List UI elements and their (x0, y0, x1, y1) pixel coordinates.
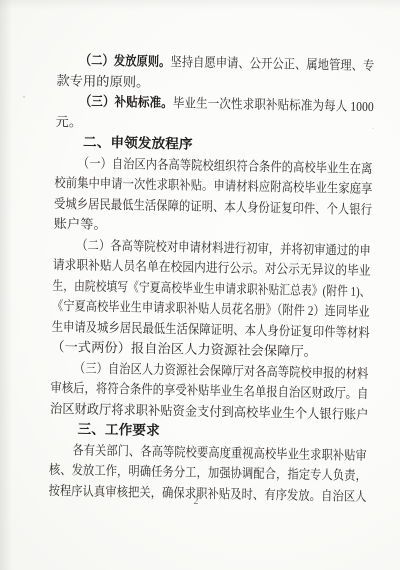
text-run: 款专用的原则。 (56, 72, 149, 89)
text-run: 校前集中申请一次性求职补贴。申请材料应附高校毕业生家庭享 (54, 175, 372, 196)
text-run: 请求职补贴人员名单在校园内进行公示。对公示无异议的毕业 (53, 257, 371, 278)
text-run: 元。 (55, 113, 82, 129)
text-line: 按程序认真审核把关，确保求职补贴及时、有序发放。自治区人 (48, 480, 320, 506)
text-run: 三、工作要求 (77, 421, 159, 438)
text-run: （三）自治区人力资源社会保障厅对各高等院校申报的材料 (74, 360, 369, 381)
text-run: 各有关部门、各高等院校要高度重视高校毕业生求职补贴审 (72, 442, 367, 463)
text-run: 二、申领发放程序 (83, 135, 193, 152)
text-run: （二）发放原则。 (80, 52, 171, 69)
text-run: 《宁夏高校毕业生申请求职补贴人员花名册》（附件 2）连同毕业 (52, 298, 370, 319)
text-run: 账户等。 (54, 216, 107, 232)
scanned-document-page: （二）发放原则。坚持自愿申请、公开公正、属地管理、专款专用的原则。（三）补贴标准… (0, 0, 400, 570)
scan-edge-shadow-left (0, 0, 12, 570)
text-run: 治区财政厅将求职补贴资金支付到高校毕业生个人银行账户 (50, 400, 369, 421)
text-run: （一）自治区内各高等院校组织符合条件的高校毕业生在离 (78, 155, 373, 176)
text-run: （二）各高等院校对申请材料进行初审，并将初审通过的申 (76, 237, 371, 258)
text-run: 按程序认真审核把关，确保求职补贴及时、有序发放。自治区人 (48, 482, 366, 503)
text-run: 坚持自愿申请、公开公正、属地管理、专 (170, 54, 374, 73)
page-number: 2 (186, 496, 206, 507)
text-run: 审核后，将符合条件的享受补贴毕业生名单报自治区财政厅。自 (50, 380, 368, 401)
text-run: （一式两份）报自治区人力资源社会保障厅。 (51, 339, 317, 359)
text-run: 生申请及城乡居民最低生活保障证明、本人身份证复印件等材料 (52, 318, 370, 339)
text-run: 毕业生一次性求职补贴标准为每人 1000 (173, 95, 374, 114)
text-run: 核、发放工作，明确任务分工，加强协调配合，指定专人负责， (49, 462, 367, 483)
document-body: （二）发放原则。坚持自愿申请、公开公正、属地管理、专款专用的原则。（三）补贴标准… (48, 50, 375, 507)
text-run: （三）补贴标准。 (80, 93, 173, 110)
scan-edge-shadow-top (0, 0, 400, 10)
scan-speck (23, 96, 25, 98)
text-run: 受城乡居民最低生活保障的证明、本人身份证复印件、个人银行 (54, 195, 372, 216)
